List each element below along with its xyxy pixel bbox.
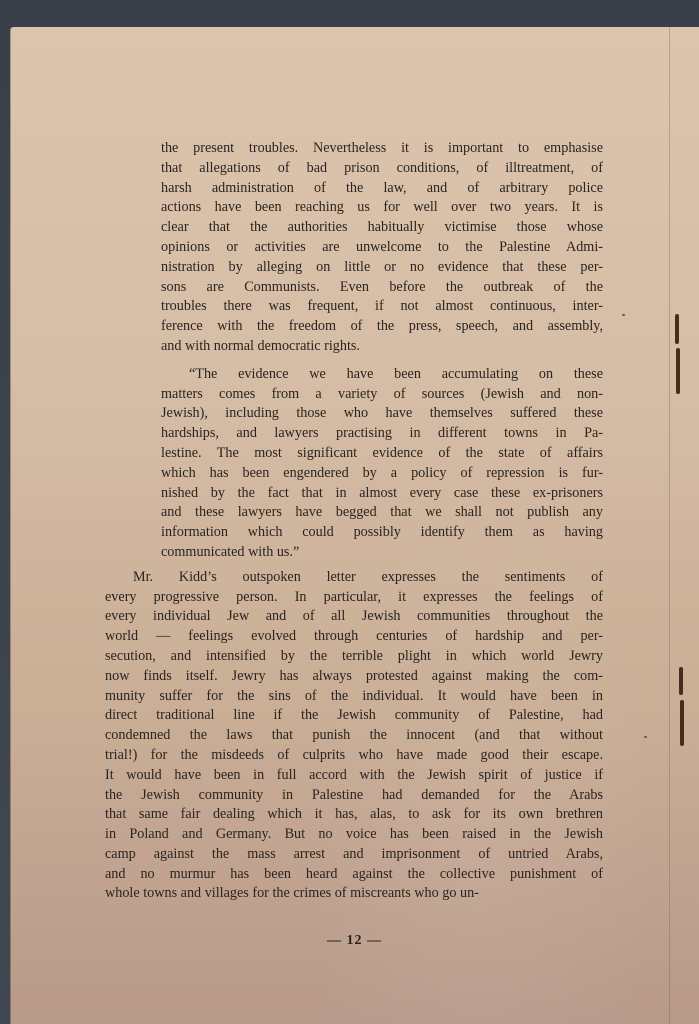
text-line: harsh administration of the law, and of … xyxy=(161,179,603,199)
text-line: matters comes from a variety of sources … xyxy=(161,385,603,405)
text-line: whole towns and villages for the crimes … xyxy=(105,884,603,904)
text-line: Jewish), including those who have themse… xyxy=(161,404,603,424)
text-line: that same fair dealing which it has, ala… xyxy=(105,805,603,825)
staple-mark-upper xyxy=(675,314,679,344)
text-line: every progressive person. In particular,… xyxy=(105,588,603,608)
text-line: trial!) for the misdeeds of culprits who… xyxy=(105,746,603,766)
text-line: ference with the freedom of the press, s… xyxy=(161,317,603,337)
staple-mark-lower-lower xyxy=(680,700,684,746)
document-page: the present troubles. Nevertheless it is… xyxy=(10,27,699,1024)
text-line: and no murmur has been heard against the… xyxy=(105,865,603,885)
paper-speck xyxy=(644,736,647,738)
text-line: and with normal democratic rights. xyxy=(161,337,603,357)
text-line: every individual Jew and of all Jewish c… xyxy=(105,607,603,627)
text-line: communicated with us.” xyxy=(161,543,603,563)
page-crease xyxy=(669,27,670,1024)
text-line: munity suffer for the sins of the indivi… xyxy=(105,687,603,707)
text-line: troubles there was frequent, if not almo… xyxy=(161,297,603,317)
staple-mark-upper-lower xyxy=(676,348,680,394)
text-line: camp against the mass arrest and impriso… xyxy=(105,845,603,865)
text-line: in Poland and Germany. But no voice has … xyxy=(105,825,603,845)
staple-mark-lower xyxy=(679,667,683,695)
paragraph-quote: “The evidence we have been accumulating … xyxy=(161,365,603,563)
text-line: now finds itself. Jewry has always prote… xyxy=(105,667,603,687)
text-line: nished by the fact that in almost every … xyxy=(161,484,603,504)
text-line: and these lawyers have begged that we sh… xyxy=(161,503,603,523)
text-line: secution, and intensified by the terribl… xyxy=(105,647,603,667)
text-line: “The evidence we have been accumulating … xyxy=(161,365,603,385)
text-line: It would have been in full accord with t… xyxy=(105,766,603,786)
text-line: sons are Communists. Even before the out… xyxy=(161,278,603,298)
paper-speck xyxy=(622,314,625,316)
text-line: Mr. Kidd’s outspoken letter expresses th… xyxy=(105,568,603,588)
text-line: direct traditional line if the Jewish co… xyxy=(105,706,603,726)
page-number: — 12 — xyxy=(10,933,699,949)
text-line: that allegations of bad prison condition… xyxy=(161,159,603,179)
text-line: condemned the laws that punish the innoc… xyxy=(105,726,603,746)
text-line: clear that the authorities habitually vi… xyxy=(161,218,603,238)
text-line: actions have been reaching us for well o… xyxy=(161,198,603,218)
text-line: the present troubles. Nevertheless it is… xyxy=(161,139,603,159)
paragraph-commentary: Mr. Kidd’s outspoken letter expresses th… xyxy=(105,568,603,905)
text-line: nistration by alleging on little or no e… xyxy=(161,258,603,278)
text-line: lestine. The most significant evidence o… xyxy=(161,444,603,464)
body-text: the present troubles. Nevertheless it is… xyxy=(105,139,603,904)
text-line: hardships, and lawyers practising in dif… xyxy=(161,424,603,444)
text-line: the Jewish community in Palestine had de… xyxy=(105,786,603,806)
text-line: world — feelings evolved through centuri… xyxy=(105,627,603,647)
text-line: information which could possibly identif… xyxy=(161,523,603,543)
text-line: which has been engendered by a policy of… xyxy=(161,464,603,484)
text-line: opinions or activities are unwelcome to … xyxy=(161,238,603,258)
paragraph-continuation: the present troubles. Nevertheless it is… xyxy=(161,139,603,357)
